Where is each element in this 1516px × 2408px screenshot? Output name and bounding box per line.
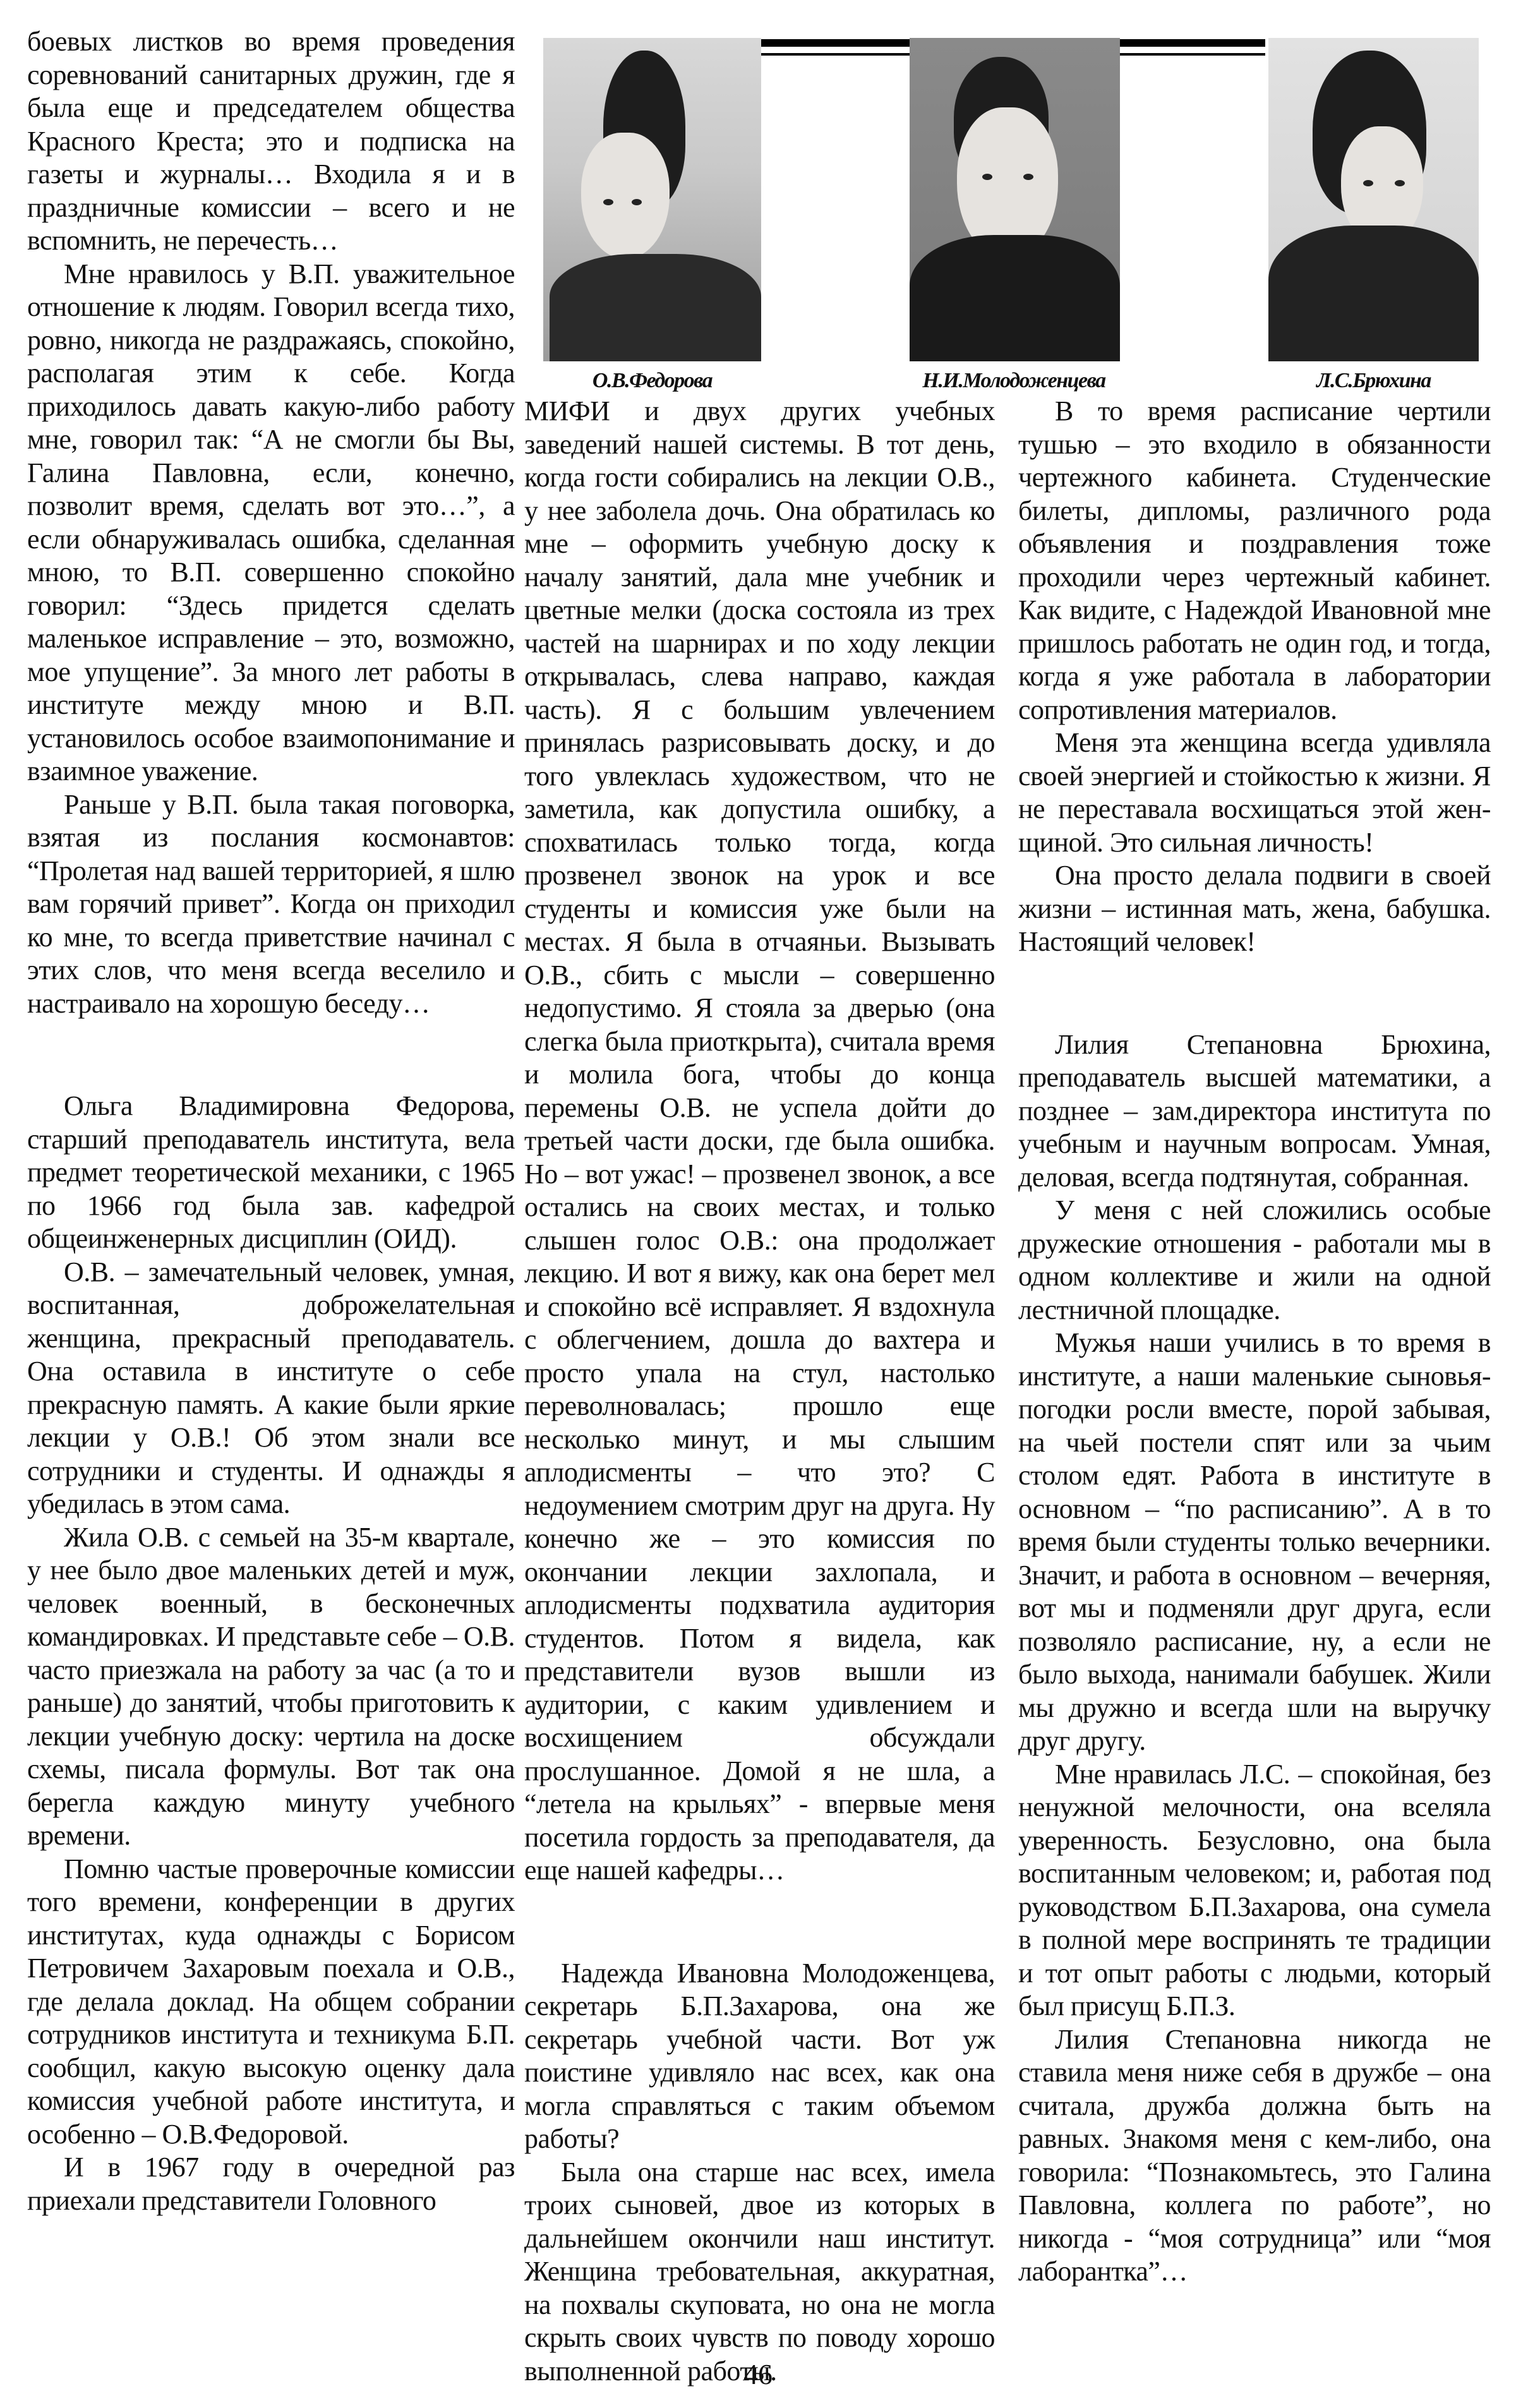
eye-icon (1363, 180, 1373, 186)
paragraph: Раньше у В.П. была такая поговорка, взят… (27, 788, 515, 1021)
eye-icon (982, 174, 992, 180)
paragraph: боевых листков во время проведения сорев… (27, 25, 515, 258)
photo-molodozhentseva (910, 38, 1120, 361)
eye-icon (1023, 174, 1033, 180)
paragraph: Лилия Степановна Брюхина, преподаватель … (1018, 1028, 1491, 1195)
photo-caption-bryukhina: Л.С.Брюхина (1268, 369, 1479, 393)
paragraph: Мужья наши учились в то время в институт… (1018, 1327, 1491, 1758)
paragraph: Она просто делала подвиги в своей жизни … (1018, 859, 1491, 959)
paragraph: Лилия Степановна никогда не ставила меня… (1018, 2023, 1491, 2289)
paragraph: Меня эта женщина всегда удивляла своей э… (1018, 726, 1491, 859)
header-rule-thick-left (761, 39, 910, 47)
text-column-1: боевых листков во время проведения сорев… (27, 25, 515, 2217)
paragraph: Была она старше нас всех, имела троих сы… (524, 2156, 995, 2388)
section-gap (524, 1887, 995, 1957)
paragraph: О.В. – замечательный человек, умная, вос… (27, 1256, 515, 1521)
photo-caption-fedorova: О.В.Федорова (543, 369, 761, 393)
photo-bryukhina (1268, 38, 1479, 361)
clothing-shape (550, 254, 761, 361)
paragraph: В то время расписание чертили тушью – эт… (1018, 395, 1491, 726)
face-shape (581, 133, 670, 259)
header-rule-thin-right (1120, 53, 1265, 56)
page-number: 46 (695, 2357, 821, 2391)
clothing-shape (910, 235, 1120, 361)
clothing-shape (1268, 226, 1479, 361)
eye-icon (632, 199, 642, 205)
paragraph: Мне нравилось у В.П. уважительное отноше… (27, 258, 515, 788)
paragraph: МИФИ и двух других учебных заведений наш… (524, 395, 995, 1887)
photo-caption-molodozhentseva: Н.И.Молодоженцева (872, 369, 1156, 393)
paragraph: Жила О.В. с семьей на 35-м квартале, у н… (27, 1521, 515, 1853)
paragraph: И в 1967 году в очередной раз приехали п… (27, 2151, 515, 2217)
paragraph: Мне нравилась Л.С. – спокойная, без нену… (1018, 1758, 1491, 2023)
header-rule-thick-right (1120, 39, 1265, 47)
paragraph: У меня с ней сложились особые дружеские … (1018, 1194, 1491, 1327)
paragraph: Ольга Владимировна Федорова, старший пре… (27, 1090, 515, 1256)
photo-fedorova (543, 38, 761, 361)
text-column-3: В то время расписание чертили тушью – эт… (1018, 395, 1491, 2289)
paragraph: Помню частые проверочные комиссии того в… (27, 1853, 515, 2152)
section-gap (1018, 959, 1491, 1028)
text-column-2: МИФИ и двух других учебных заведений наш… (524, 395, 995, 2388)
eye-icon (603, 199, 613, 205)
header-rule-thin-left (761, 53, 910, 56)
section-gap (27, 1020, 515, 1090)
paragraph: Надежда Ивановна Молодоженцева, секретар… (524, 1957, 995, 2156)
eye-icon (1395, 180, 1405, 186)
